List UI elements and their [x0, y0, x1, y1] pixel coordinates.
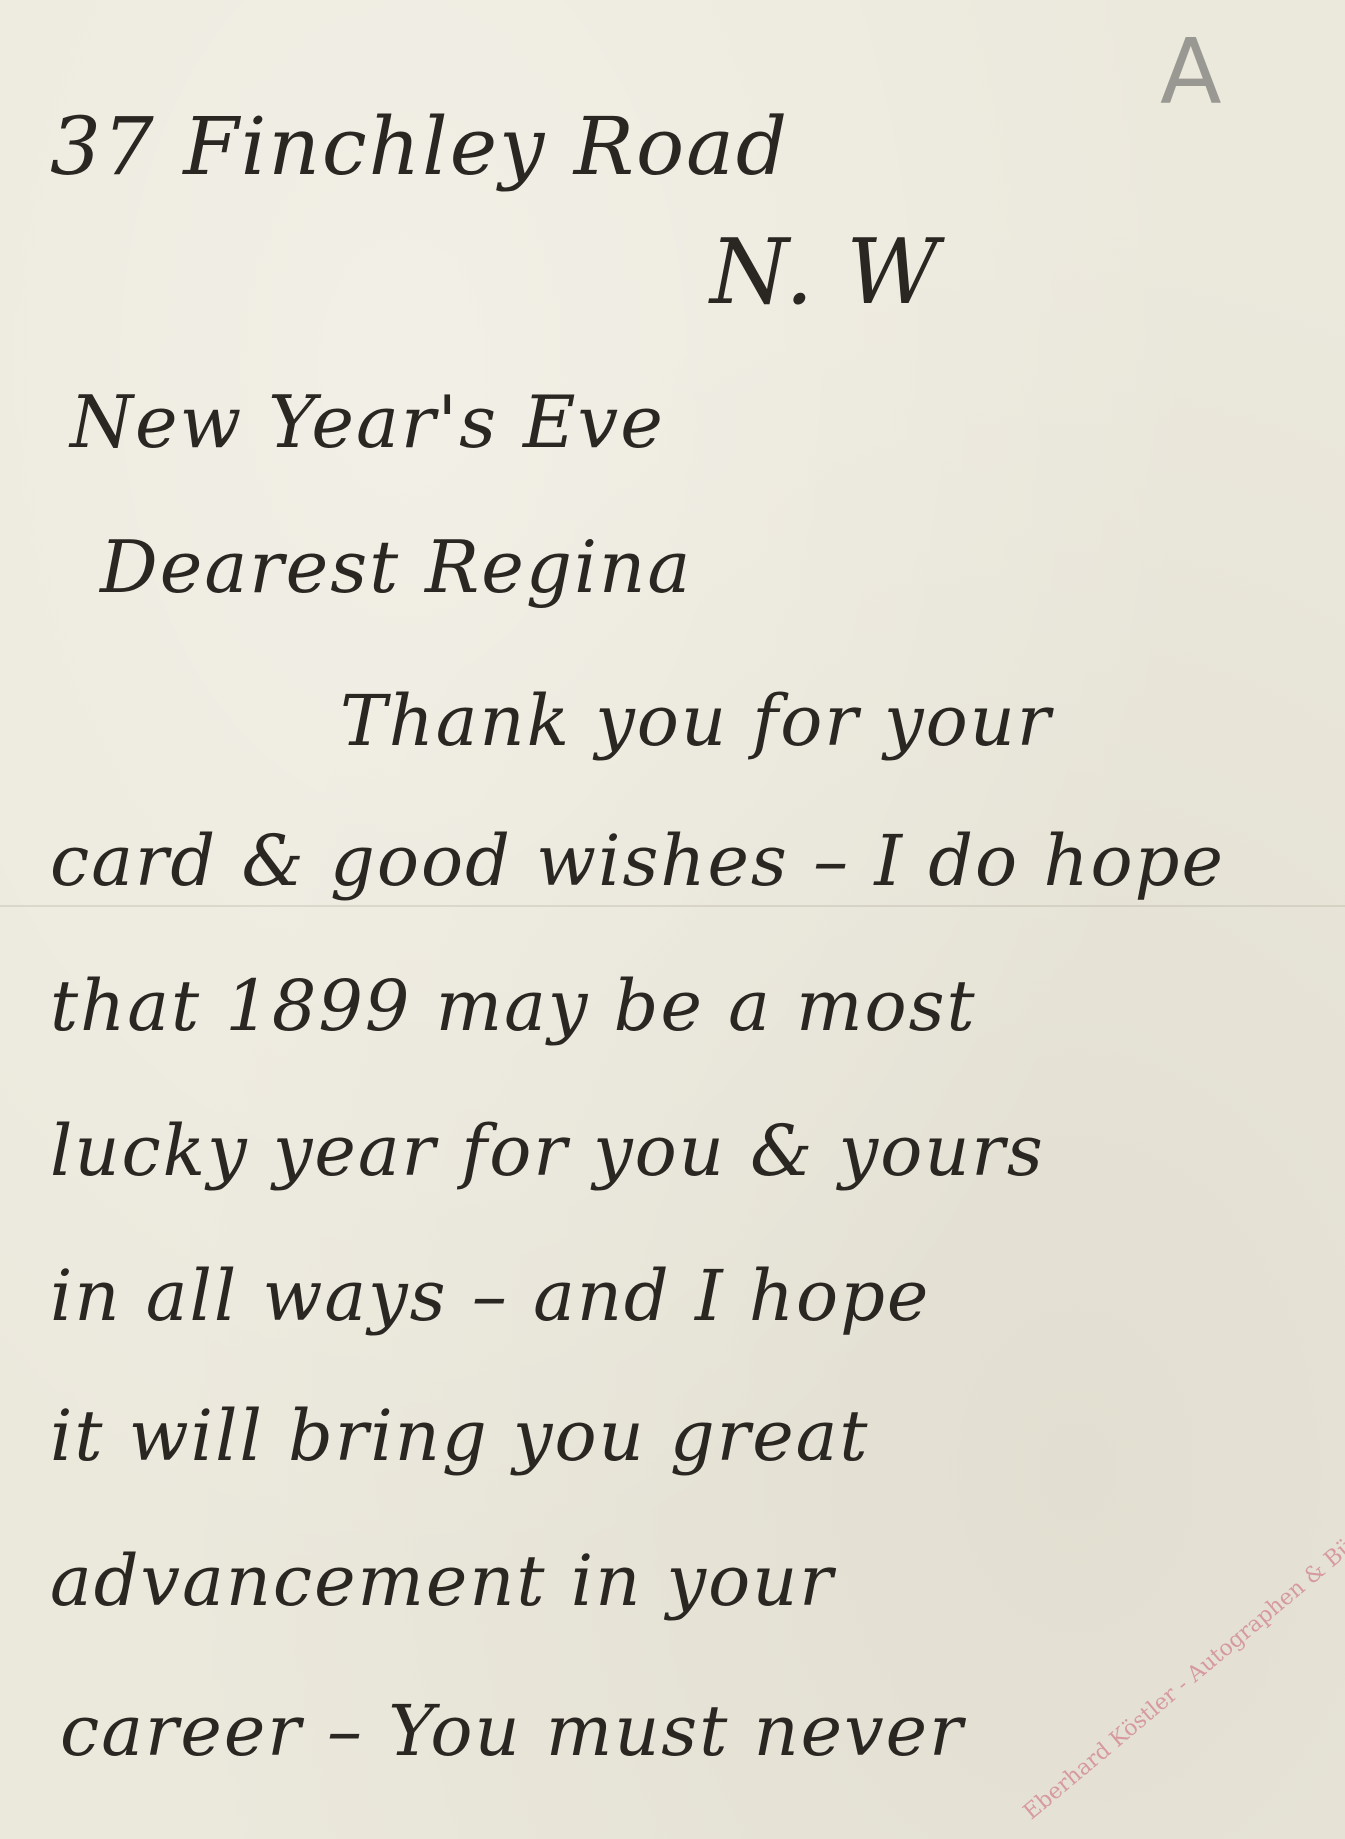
corner-mark: A: [1160, 20, 1222, 125]
body-line-2: card & good wishes – I do hope: [50, 820, 1225, 902]
body-line-6: it will bring you great: [50, 1395, 870, 1477]
body-line-5: in all ways – and I hope: [50, 1255, 930, 1337]
body-line-1: Thank you for your: [340, 680, 1052, 762]
salutation: Dearest Regina: [100, 525, 692, 609]
dealer-watermark: Eberhard Köstler - Autographen & Bücher: [1019, 1502, 1345, 1825]
letter-date: New Year's Eve: [70, 380, 665, 464]
body-line-7: advancement in your: [50, 1540, 835, 1622]
paper-fold: [0, 905, 1345, 907]
address-line-2: N. W: [710, 220, 941, 325]
body-line-4: lucky year for you & yours: [50, 1110, 1045, 1192]
body-line-3: that 1899 may be a most: [50, 965, 977, 1047]
body-line-8: career – You must never: [60, 1690, 965, 1772]
address-line-1: 37 Finchley Road: [50, 100, 789, 193]
letter-page: A 37 Finchley Road N. W New Year's Eve D…: [0, 0, 1345, 1839]
